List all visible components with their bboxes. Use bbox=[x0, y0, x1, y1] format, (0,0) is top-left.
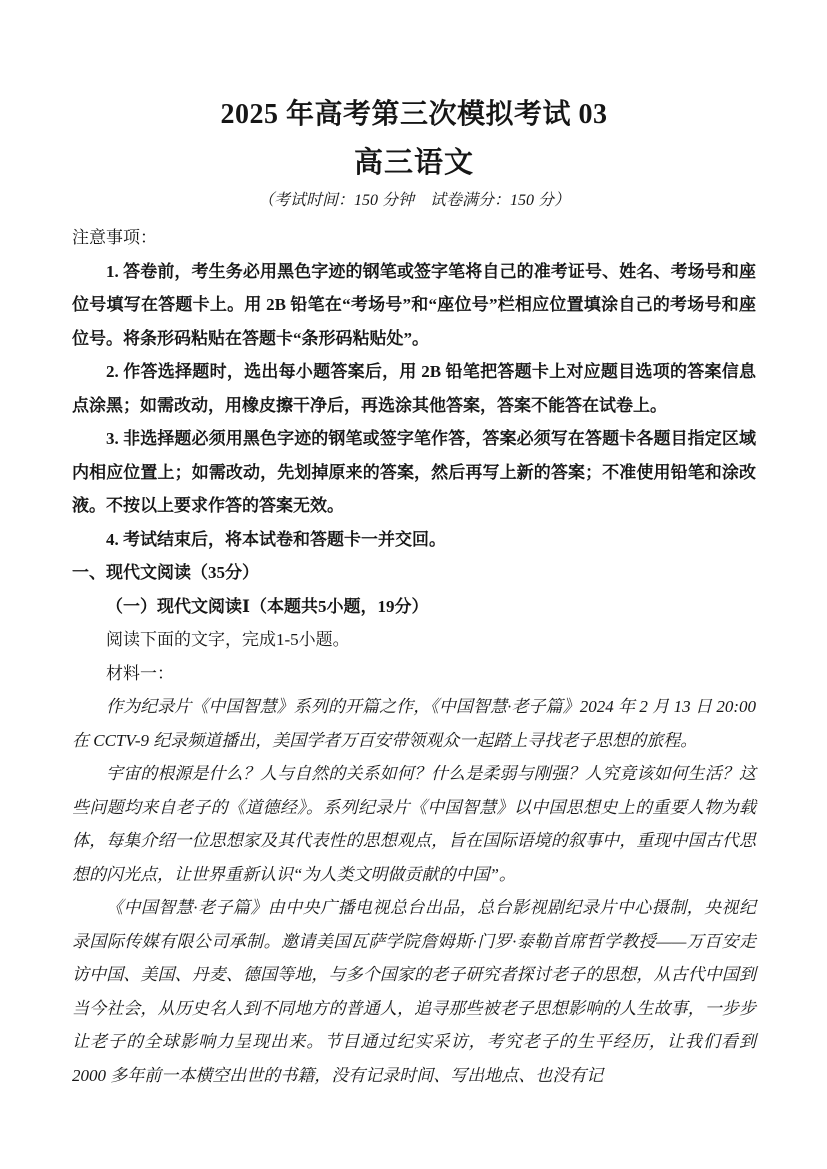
material-paragraph-3: 《中国智慧·老子篇》由中央广播电视总台出品，总台影视剧纪录片中心摄制，央视纪录国… bbox=[72, 891, 756, 1092]
exam-paper-page: 2025 年高考第三次模拟考试 03 高三语文 （考试时间：150 分钟 试卷满… bbox=[0, 0, 827, 1169]
material-one-label: 材料一： bbox=[72, 657, 756, 691]
material-paragraph-1: 作为纪录片《中国智慧》系列的开篇之作，《中国智慧·老子篇》2024 年 2 月 … bbox=[72, 690, 756, 757]
notice-item-3: 3. 非选择题必须用黑色字迹的钢笔或签字笔作答，答案必须写在答题卡各题目指定区域… bbox=[72, 422, 756, 523]
exam-info-line: （考试时间：150 分钟 试卷满分：150 分） bbox=[72, 190, 756, 212]
section-subheading-reading-1: （一）现代文阅读Ⅰ（本题共5小题，19分） bbox=[72, 590, 756, 624]
exam-body: 注意事项： 1. 答卷前，考生务必用黑色字迹的钢笔或签字笔将自己的准考证号、姓名… bbox=[72, 221, 756, 1092]
reading-instruction: 阅读下面的文字，完成1-5小题。 bbox=[72, 623, 756, 657]
notice-item-4: 4. 考试结束后，将本试卷和答题卡一并交回。 bbox=[72, 523, 756, 557]
notice-heading: 注意事项： bbox=[72, 221, 756, 255]
exam-subtitle: 高三语文 bbox=[72, 144, 756, 182]
section-heading-modern-reading: 一、现代文阅读（35分） bbox=[72, 556, 756, 590]
material-paragraph-2: 宇宙的根源是什么？人与自然的关系如何？什么是柔弱与刚强？人究竟该如何生活？这些问… bbox=[72, 757, 756, 891]
exam-title: 2025 年高考第三次模拟考试 03 bbox=[72, 96, 756, 133]
notice-item-2: 2. 作答选择题时，选出每小题答案后，用 2B 铅笔把答题卡上对应题目选项的答案… bbox=[72, 355, 756, 422]
notice-item-1: 1. 答卷前，考生务必用黑色字迹的钢笔或签字笔将自己的准考证号、姓名、考场号和座… bbox=[72, 255, 756, 356]
